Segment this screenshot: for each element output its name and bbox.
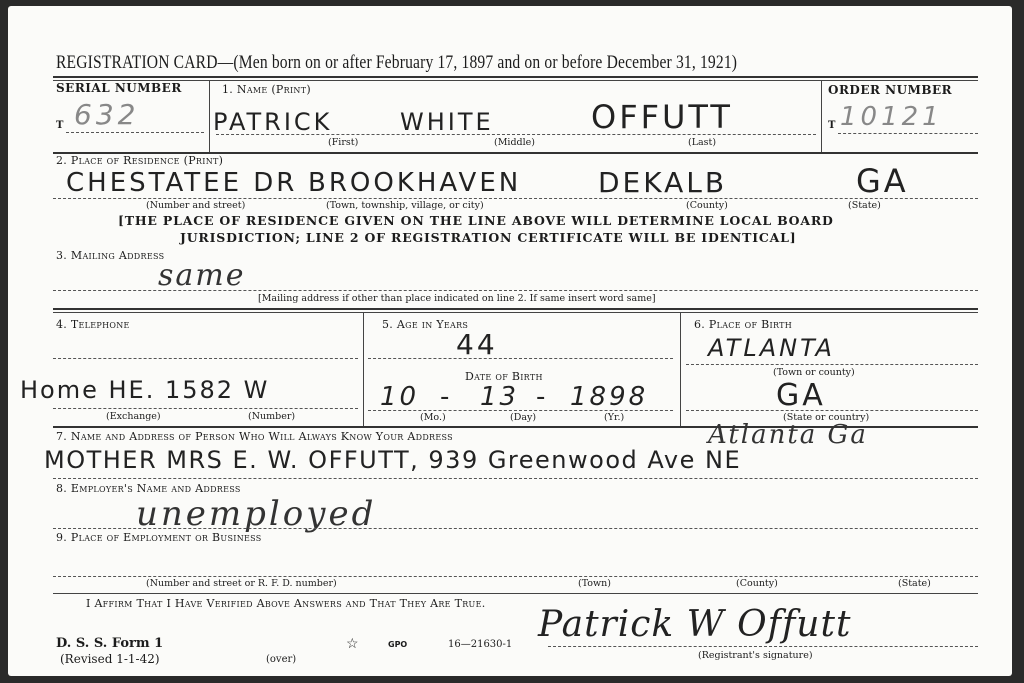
dob-line bbox=[368, 410, 673, 411]
gpo-mark: GPO bbox=[388, 640, 407, 649]
serial-number-value: 632 bbox=[74, 98, 139, 131]
serial-number-label: SERIAL NUMBER bbox=[56, 81, 182, 95]
residence-line bbox=[53, 198, 978, 199]
divider bbox=[209, 80, 210, 154]
order-prefix: T bbox=[828, 120, 835, 131]
caption-middle: (Middle) bbox=[494, 137, 535, 148]
order-number-label: ORDER NUMBER bbox=[828, 83, 952, 97]
birthplace-state-value: GA bbox=[776, 378, 826, 413]
first-name-value: PATRICK bbox=[213, 108, 332, 136]
caption-street: (Number and street) bbox=[146, 200, 245, 211]
row-rule bbox=[53, 308, 978, 310]
employer-line bbox=[53, 528, 978, 529]
over-note: (over) bbox=[266, 654, 296, 665]
caption-exchange: (Exchange) bbox=[106, 411, 161, 422]
last-name-value: OFFUTT bbox=[591, 98, 733, 136]
mailing-line bbox=[53, 290, 978, 291]
telephone-label: 4. Telephone bbox=[56, 318, 130, 331]
dob-sep-2: - bbox=[536, 382, 548, 412]
birthplace-town-value: ATLANTA bbox=[708, 334, 835, 362]
divider bbox=[821, 80, 822, 154]
residence-county-value: DEKALB bbox=[598, 166, 727, 199]
signature-value: Patrick W Offutt bbox=[538, 604, 851, 645]
affirmation-text: I Affirm That I Have Verified Above Answ… bbox=[86, 597, 486, 610]
caption-last: (Last) bbox=[688, 137, 716, 148]
contact-line bbox=[53, 478, 978, 479]
caption-emp-county: (County) bbox=[736, 578, 778, 589]
caption-state: (State) bbox=[848, 200, 881, 211]
caption-month: (Mo.) bbox=[420, 412, 446, 423]
mailing-value: same bbox=[158, 258, 245, 293]
caption-number: (Number) bbox=[248, 411, 295, 422]
row-rule-thin bbox=[53, 312, 978, 313]
contact-label: 7. Name and Address of Person Who Will A… bbox=[56, 430, 453, 443]
birthplace-label: 6. Place of Birth bbox=[694, 318, 792, 331]
form-revised: (Revised 1-1-42) bbox=[60, 652, 160, 666]
birthplace-line-1 bbox=[686, 364, 978, 365]
caption-day: (Day) bbox=[510, 412, 536, 423]
title-rule-thin bbox=[53, 80, 978, 81]
dob-year-value: 1898 bbox=[570, 382, 648, 412]
residence-street-value: CHESTATEE DR bbox=[66, 168, 297, 198]
contact-value: MOTHER MRS E. W. OFFUTT, 939 Greenwood A… bbox=[44, 446, 741, 474]
card-title: REGISTRATION CARD—(Men born on or after … bbox=[56, 52, 737, 74]
signature-caption: (Registrant's signature) bbox=[698, 650, 813, 661]
signature-line bbox=[548, 646, 978, 647]
mailing-note: [Mailing address if other than place ind… bbox=[258, 293, 656, 304]
caption-emp-state: (State) bbox=[898, 578, 931, 589]
residence-state-value: GA bbox=[856, 162, 909, 200]
dob-month-value: 10 bbox=[380, 382, 419, 412]
residence-label: 2. Place of Residence (Print) bbox=[56, 154, 223, 167]
employment-place-label: 9. Place of Employment or Business bbox=[56, 531, 262, 544]
middle-name-value: WHITE bbox=[400, 108, 494, 136]
birthplace-line-2 bbox=[686, 410, 978, 411]
caption-street-rfd: (Number and street or R. F. D. number) bbox=[146, 578, 337, 589]
telephone-line-1 bbox=[53, 358, 358, 359]
name-line bbox=[216, 134, 816, 135]
serial-line bbox=[66, 132, 204, 133]
dob-day-value: 13 bbox=[480, 382, 519, 412]
caption-first: (First) bbox=[328, 137, 358, 148]
mailing-label: 3. Mailing Address bbox=[56, 249, 164, 262]
registration-card: REGISTRATION CARD—(Men born on or after … bbox=[8, 6, 1012, 676]
star-icon: ☆ bbox=[346, 636, 359, 652]
dob-sep-1: - bbox=[440, 382, 452, 412]
caption-town-county: (Town or county) bbox=[773, 367, 855, 378]
order-line bbox=[838, 133, 978, 134]
residence-notice-line1: [THE PLACE OF RESIDENCE GIVEN ON THE LIN… bbox=[118, 213, 834, 228]
telephone-value: Home HE. 1582 W bbox=[20, 376, 269, 404]
name-label: 1. Name (Print) bbox=[222, 83, 311, 96]
age-value: 44 bbox=[456, 328, 498, 361]
caption-town: (Town, township, village, or city) bbox=[326, 200, 484, 211]
caption-emp-town: (Town) bbox=[578, 578, 611, 589]
title-rule bbox=[53, 76, 978, 78]
row-rule bbox=[53, 593, 978, 594]
telephone-line-2 bbox=[53, 408, 358, 409]
serial-prefix: T bbox=[56, 120, 63, 131]
employment-line bbox=[53, 576, 978, 577]
caption-year: (Yr.) bbox=[604, 412, 624, 423]
caption-county: (County) bbox=[686, 200, 728, 211]
residence-town-value: BROOKHAVEN bbox=[308, 168, 521, 198]
form-number: D. S. S. Form 1 bbox=[56, 636, 163, 651]
residence-notice-line2: JURISDICTION; LINE 2 OF REGISTRATION CER… bbox=[180, 230, 796, 245]
print-code: 16—21630-1 bbox=[448, 639, 512, 650]
divider bbox=[680, 312, 681, 426]
order-number-value: 10121 bbox=[840, 102, 943, 132]
divider bbox=[363, 312, 364, 426]
age-line bbox=[368, 358, 673, 359]
